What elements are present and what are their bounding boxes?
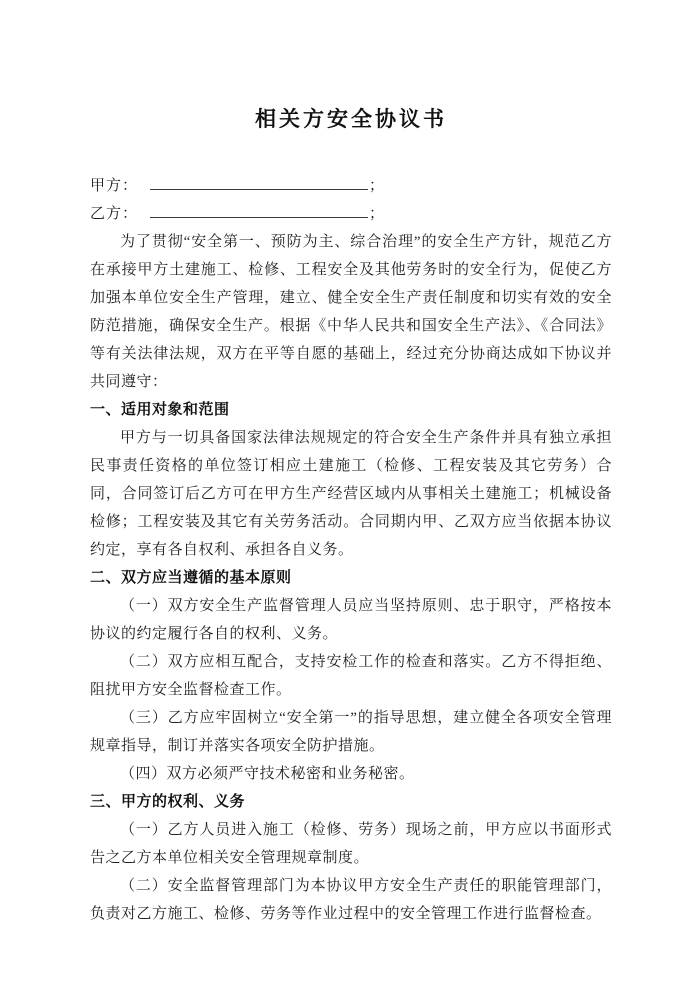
party-suffix: ；	[369, 178, 384, 194]
party-suffix: ；	[369, 206, 384, 222]
section-heading: 一、适用对象和范围	[90, 396, 612, 424]
party-name-blank[interactable]	[150, 201, 368, 218]
party-row: 乙方：；	[90, 200, 612, 228]
party-label: 乙方：	[90, 206, 138, 222]
paragraph: （四）双方必须严守技术秘密和业务秘密。	[90, 760, 612, 788]
paragraph: （一）双方安全生产监督管理人员应当坚持原则、忠于职守，严格按本协议的约定履行各自…	[90, 592, 612, 648]
party-name-blank[interactable]	[150, 173, 368, 190]
document-page: 相关方安全协议书 甲方：；乙方：； 为了贯彻“安全第一、预防为主、综合治理”的安…	[0, 0, 700, 990]
paragraph: （三）乙方应牢固树立“安全第一”的指导思想，建立健全各项安全管理规章指导，制订并…	[90, 704, 612, 760]
document-title: 相关方安全协议书	[90, 104, 612, 134]
paragraph: （一）乙方人员进入施工（检修、劳务）现场之前，甲方应以书面形式告之乙方本单位相关…	[90, 816, 612, 872]
parties-block: 甲方：；乙方：；	[90, 172, 612, 228]
paragraph: （二）双方应相互配合，支持安检工作的检查和落实。乙方不得拒绝、阻扰甲方安全监督检…	[90, 648, 612, 704]
paragraph: 为了贯彻“安全第一、预防为主、综合治理”的安全生产方针，规范乙方在承接甲方土建施…	[90, 228, 612, 396]
document-body: 为了贯彻“安全第一、预防为主、综合治理”的安全生产方针，规范乙方在承接甲方土建施…	[90, 228, 612, 928]
section-heading: 二、双方应当遵循的基本原则	[90, 564, 612, 592]
paragraph: 甲方与一切具备国家法律法规规定的符合安全生产条件并具有独立承担民事责任资格的单位…	[90, 424, 612, 564]
party-label: 甲方：	[90, 178, 138, 194]
section-heading: 三、甲方的权利、义务	[90, 788, 612, 816]
party-row: 甲方：；	[90, 172, 612, 200]
paragraph: （二）安全监督管理部门为本协议甲方安全生产责任的职能管理部门，负责对乙方施工、检…	[90, 872, 612, 928]
